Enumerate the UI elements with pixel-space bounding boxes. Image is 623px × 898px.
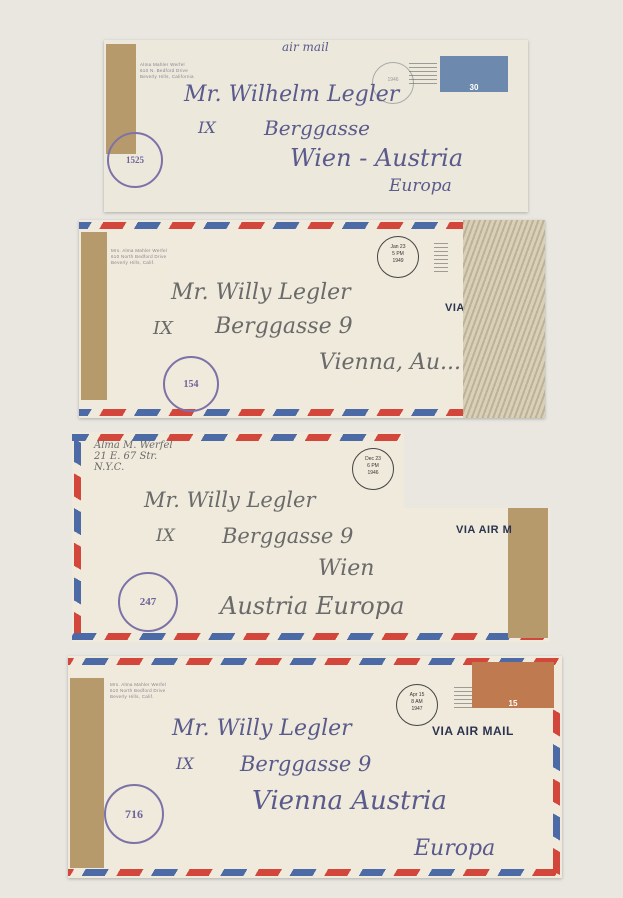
- address-line-5: Europa: [414, 836, 495, 861]
- address-line-3: Berggasse: [264, 116, 370, 140]
- address-line-4: Wien: [318, 556, 374, 581]
- envelope-3: Alma M. Werfel 21 E. 67 Str. N.Y.C. Dec …: [72, 432, 550, 642]
- censor-stamp: 247: [118, 572, 178, 632]
- address-line-5: Europa: [389, 176, 452, 196]
- envelope-2: Mrs. Alma Mahler Werfel 610 North Bedfor…: [79, 220, 545, 418]
- censor-stamp: 154: [163, 356, 219, 412]
- censor-tape: [81, 232, 107, 400]
- airmail-note: air mail: [282, 40, 329, 54]
- envelope-4: Mrs. Alma Mahler Werfel 610 North Bedfor…: [68, 656, 562, 878]
- address-line-2: IX: [153, 318, 173, 339]
- address-line-2: IX: [156, 526, 175, 546]
- return-address: Alma Mahler Werfel 610 N. Bedford Drive …: [140, 62, 194, 80]
- postmark: Jan 235 PM1949: [377, 236, 419, 278]
- address-line-2: IX: [176, 754, 194, 773]
- censor-tape: [70, 678, 104, 868]
- censor-stamp: 1525: [107, 132, 163, 188]
- cancellation-lines: [409, 62, 437, 84]
- via-air-mail-label: VIA AIR MAIL: [432, 724, 514, 738]
- via-air-mail-label: VIA AIR M: [456, 524, 512, 536]
- address-line-1: Mr. Willy Legler: [172, 716, 352, 741]
- airplane-stamp-icon: 15: [472, 662, 554, 708]
- censor-stamp: 716: [104, 784, 164, 844]
- postmark: Dec 236 PM1946: [352, 448, 394, 490]
- envelope-1: air mail Alma Mahler Werfel 610 N. Bedfo…: [104, 40, 528, 212]
- address-line-5: Austria Europa: [220, 592, 404, 620]
- address-line-4: Wien - Austria: [290, 144, 463, 172]
- cancellation-lines: [434, 240, 448, 272]
- airplane-stamp-icon: 30: [440, 56, 508, 92]
- via-air-mail-label: VIA: [445, 302, 465, 314]
- torn-flap: [463, 220, 545, 418]
- address-line-3: Berggasse 9: [240, 752, 371, 776]
- address-line-1: Mr. Willy Legler: [171, 280, 351, 305]
- postmark: Apr 158 AM1947: [396, 684, 438, 726]
- address-line-1: Mr. Wilhelm Legler: [184, 82, 399, 107]
- return-address: Mrs. Alma Mahler Werfel 610 North Bedfor…: [110, 682, 166, 700]
- address-line-3: Berggasse 9: [222, 524, 353, 548]
- address-line-3: Berggasse 9: [215, 314, 353, 339]
- address-line-4: Vienna Austria: [252, 786, 447, 816]
- return-address: Mrs. Alma Mahler Werfel 610 North Bedfor…: [111, 248, 167, 266]
- address-line-4: Vienna, Au...: [319, 350, 461, 375]
- address-line-2: IX: [198, 118, 216, 137]
- address-line-1: Mr. Willy Legler: [144, 488, 316, 512]
- sender-note: Alma M. Werfel 21 E. 67 Str. N.Y.C.: [94, 440, 173, 473]
- censor-tape: [508, 508, 548, 638]
